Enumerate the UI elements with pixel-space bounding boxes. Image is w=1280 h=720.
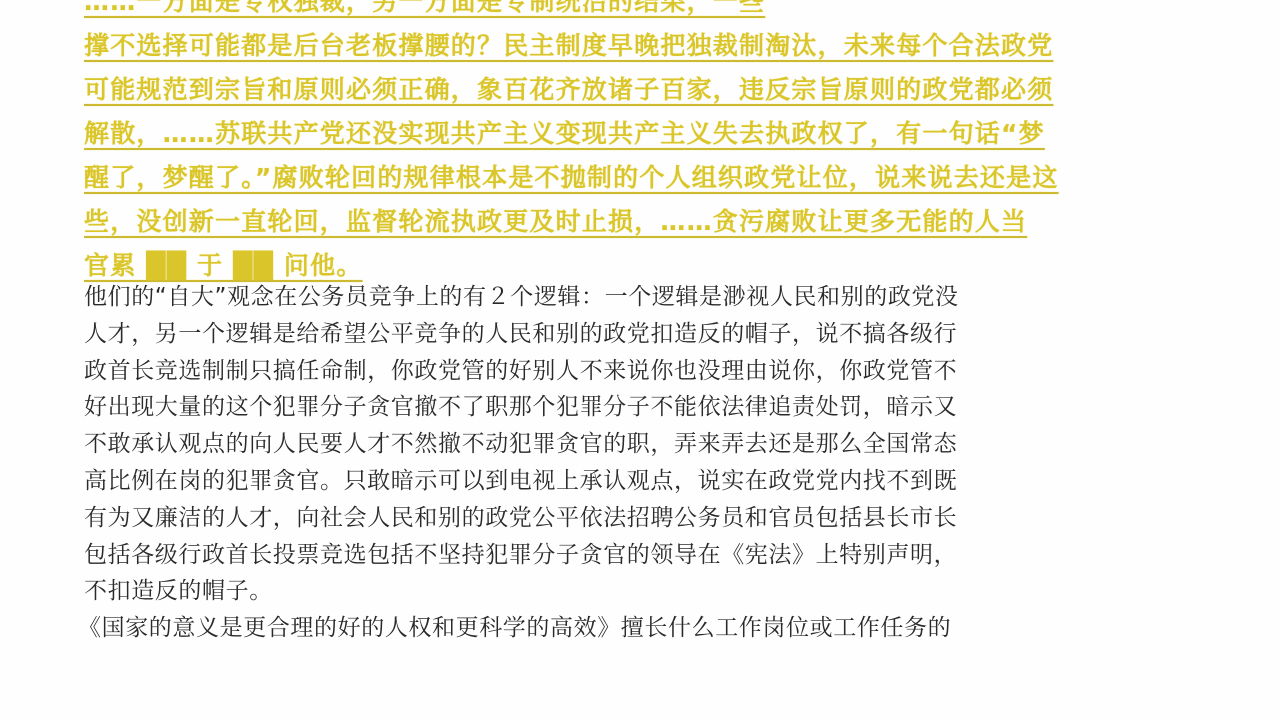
highlighted-quote-block: ……一方面是专权独裁，另一方面是专制统治的结果，一些 撑不选择可能都是后台老板撑…: [84, 0, 1194, 288]
body-text-line: 不扣造反的帽子。: [84, 573, 1194, 610]
document-page: ……一方面是专权独裁，另一方面是专制统治的结果，一些 撑不选择可能都是后台老板撑…: [0, 0, 1280, 720]
body-text-line: 有为又廉洁的人才，向社会人民和别的政党公平依法招聘公务员和官员包括县长市长: [84, 500, 1194, 537]
body-text-line: 他们的“自大”观念在公务员竞争上的有２个逻辑：一个逻辑是渺视人民和别的政党没: [84, 279, 1194, 316]
highlighted-quote-line: 解散，……苏联共产党还没实现共产主义变现共产主义失去执政权了，有一句话“梦: [84, 112, 1194, 156]
body-text-line: 好出现大量的这个犯罪分子贪官撤不了职那个犯罪分子不能依法律追责处罚，暗示又: [84, 389, 1194, 426]
body-text-line: 政首长竞选制制只搞任命制，你政党管的好别人不来说你也没理由说你，你政党管不: [84, 353, 1194, 390]
body-text-line: 《国家的意义是更合理的好的人权和更科学的高效》擅长什么工作岗位或工作任务的: [78, 610, 1194, 647]
highlighted-quote-line: 可能规范到宗旨和原则必须正确，象百花齐放诸子百家，违反宗旨原则的政党都必须: [84, 68, 1194, 112]
highlighted-quote-line: ……一方面是专权独裁，另一方面是专制统治的结果，一些: [84, 0, 1194, 24]
body-text-line: 高比例在岗的犯罪贪官。只敢暗示可以到电视上承认观点，说实在政党党内找不到既: [84, 463, 1194, 500]
highlighted-quote-line: 些，没创新一直轮回，监督轮流执政更及时止损，……贪污腐败让更多无能的人当: [84, 200, 1194, 244]
body-text-line: 包括各级行政首长投票竞选包括不坚持犯罪分子贪官的领导在《宪法》上特别声明，: [84, 537, 1194, 574]
body-text-block: 他们的“自大”观念在公务员竞争上的有２个逻辑：一个逻辑是渺视人民和别的政党没 人…: [84, 279, 1194, 647]
highlighted-quote-line: 醒了，梦醒了。”腐败轮回的规律根本是不抛制的个人组织政党让位，说来说去还是这: [84, 156, 1194, 200]
highlighted-quote-line: 撑不选择可能都是后台老板撑腰的？民主制度早晚把独裁制淘汰，未来每个合法政党: [84, 24, 1194, 68]
body-text-line: 人才，另一个逻辑是给希望公平竞争的人民和别的政党扣造反的帽子，说不搞各级行: [84, 316, 1194, 353]
body-text-line: 不敢承认观点的向人民要人才不然撤不动犯罪贪官的职，弄来弄去还是那么全国常态: [84, 426, 1194, 463]
